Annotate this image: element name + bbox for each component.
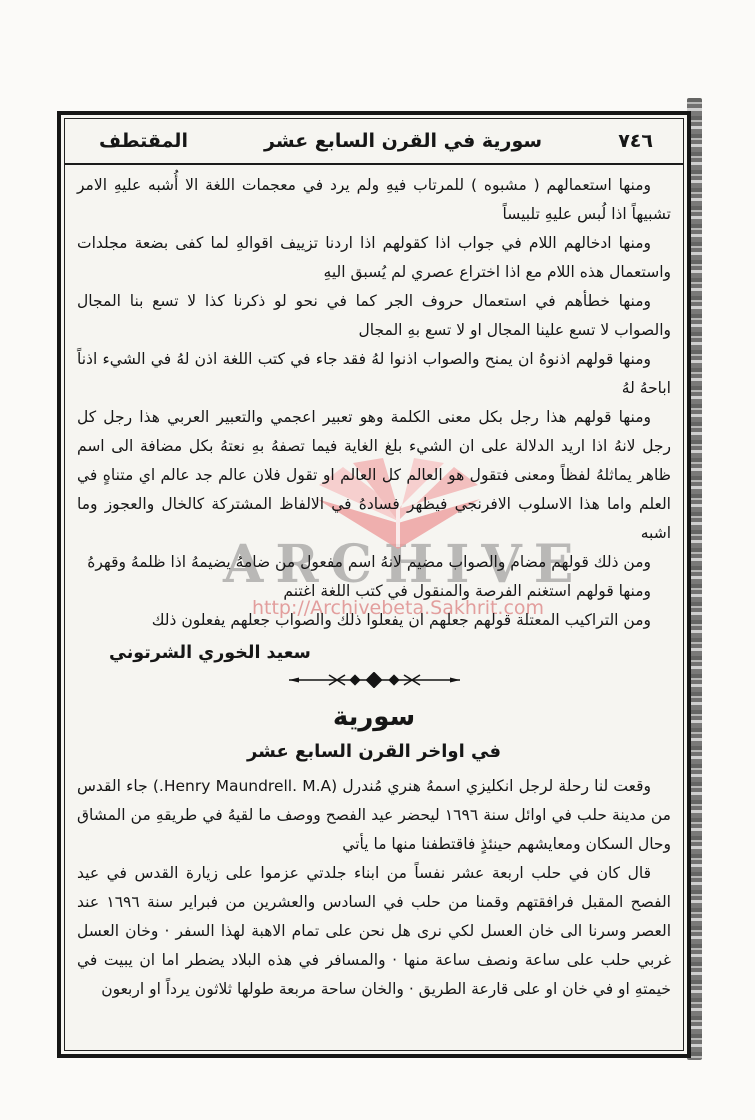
section-subtitle: في اواخر القرن السابع عشر <box>77 738 671 766</box>
language-note-paragraph: ومنها ادخالهم اللام في جواب اذا كقولهم ا… <box>77 229 671 287</box>
page-number: ٧٤٦ <box>618 130 653 152</box>
journal-name: المقتطف <box>99 130 188 152</box>
ornament-divider-icon <box>287 672 462 688</box>
author-signature: سعيد الخوري الشرتوني <box>109 638 671 668</box>
section-title: سورية <box>77 700 671 734</box>
body-text: ومنها استعمالهم ( مشبوه ) للمرتاب فيهِ و… <box>65 165 683 1004</box>
page-frame: ARCHIVE http://Archivebeta.Sakhrit.com ا… <box>57 111 691 1058</box>
running-title: سورية في القرن السابع عشر <box>264 130 542 152</box>
language-note-paragraph: ومنها قولهم استغنم الفرصة والمنقول في كت… <box>77 577 671 606</box>
article-paragraph: وقعت لنا رحلة لرجل انكليزي اسمهُ هنري مُ… <box>77 772 671 859</box>
language-note-paragraph: ومن التراكيب المعتلة قولهم جعلهم ان يفعل… <box>77 606 671 635</box>
article-paragraph: قال كان في حلب اربعة عشر نفساً من ابناء … <box>77 859 671 1004</box>
language-note-paragraph: ومنها استعمالهم ( مشبوه ) للمرتاب فيهِ و… <box>77 171 671 229</box>
language-note-paragraph: ومن ذلك قولهم مضام والصواب مضيم لانهُ اس… <box>77 548 671 577</box>
running-header: المقتطف سورية في القرن السابع عشر ٧٤٦ <box>65 119 683 165</box>
section-divider <box>77 672 671 688</box>
language-note-paragraph: ومنها قولهم هذا رجل بكل معنى الكلمة وهو … <box>77 403 671 548</box>
language-note-paragraph: ومنها خطأهم في استعمال حروف الجر كما في … <box>77 287 671 345</box>
page-frame-inner: ARCHIVE http://Archivebeta.Sakhrit.com ا… <box>64 118 684 1051</box>
language-note-paragraph: ومنها قولهم اذنوهُ ان يمنح والصواب اذنوا… <box>77 345 671 403</box>
page-content: المقتطف سورية في القرن السابع عشر ٧٤٦ وم… <box>65 119 683 1050</box>
